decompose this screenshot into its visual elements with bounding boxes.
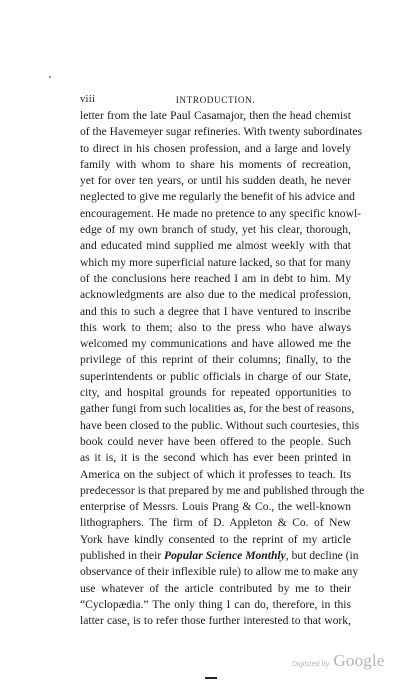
text-line: book could never have been offered to th… xyxy=(80,434,351,450)
body-text: letter from the late Paul Casamajor, the… xyxy=(80,108,351,630)
margin-speck xyxy=(49,76,51,78)
text-line: latter case, is to refer those further i… xyxy=(80,613,351,629)
text-line: “Cyclopædia.” The only thing I can do, t… xyxy=(80,597,351,613)
text-line: have been closed to the public. Without … xyxy=(80,418,351,434)
text-line: privilege of this reprint of their colum… xyxy=(80,352,351,368)
publication-title: Popular Science Monthly xyxy=(164,549,286,562)
text-run: , but decline (in xyxy=(286,549,359,562)
text-line: letter from the late Paul Casamajor, the… xyxy=(80,108,351,124)
text-line: of the Havemeyer sugar refineries. With … xyxy=(80,124,351,140)
google-logo: Google xyxy=(333,651,384,670)
page-bottom-mark xyxy=(205,677,217,679)
chapter-title: INTRODUCTION. xyxy=(80,93,351,107)
text-run: published in their xyxy=(80,549,164,562)
text-line: gather fungi from such localities as, fo… xyxy=(80,401,351,417)
text-line: encouragement. He made no pretence to an… xyxy=(80,206,351,222)
watermark-prefix: Digitized by xyxy=(292,661,329,668)
text-line: yet for over ten years, or until his sud… xyxy=(80,173,351,189)
text-line: and this to such a degree that I have ve… xyxy=(80,304,351,320)
text-line: of the conclusions here reached I am in … xyxy=(80,271,351,287)
book-page: viii INTRODUCTION. letter from the late … xyxy=(0,0,420,683)
text-line: York have kindly consented to the reprin… xyxy=(80,532,351,548)
text-line: to direct in his chosen profession, and … xyxy=(80,141,351,157)
text-line: lithographers. The firm of D. Appleton &… xyxy=(80,515,351,531)
text-line: enterprise of Messrs. Louis Prang & Co.,… xyxy=(80,499,351,515)
text-line: which my more superficial nature lacked,… xyxy=(80,255,351,271)
text-line: America on the subject of which it profe… xyxy=(80,467,351,483)
text-line: as it is, it is the second which has eve… xyxy=(80,450,351,466)
running-head: viii INTRODUCTION. xyxy=(80,93,351,107)
text-line: acknowledgments are also due to the medi… xyxy=(80,287,351,303)
text-line: this work to them; also to the press who… xyxy=(80,320,351,336)
text-line: family with whom to share his moments of… xyxy=(80,157,351,173)
text-line: edge of my own branch of study, yet his … xyxy=(80,222,351,238)
text-line: superintendents or public officials in c… xyxy=(80,369,351,385)
text-line: observance of their inflexible rule) to … xyxy=(80,564,351,580)
digitized-watermark: Digitized by Google xyxy=(292,651,385,671)
text-line: use whatever of the article contributed … xyxy=(80,581,351,597)
text-line: neglected to give me regularly the benef… xyxy=(80,189,351,205)
text-line-with-italic: published in their Popular Science Month… xyxy=(80,548,351,564)
text-line: predecessor is that prepared by me and p… xyxy=(80,483,351,499)
text-line: city, and hospital grounds for repeated … xyxy=(80,385,351,401)
text-line: and educated mind supplied me almost wee… xyxy=(80,238,351,254)
text-line: welcomed my communications and have allo… xyxy=(80,336,351,352)
